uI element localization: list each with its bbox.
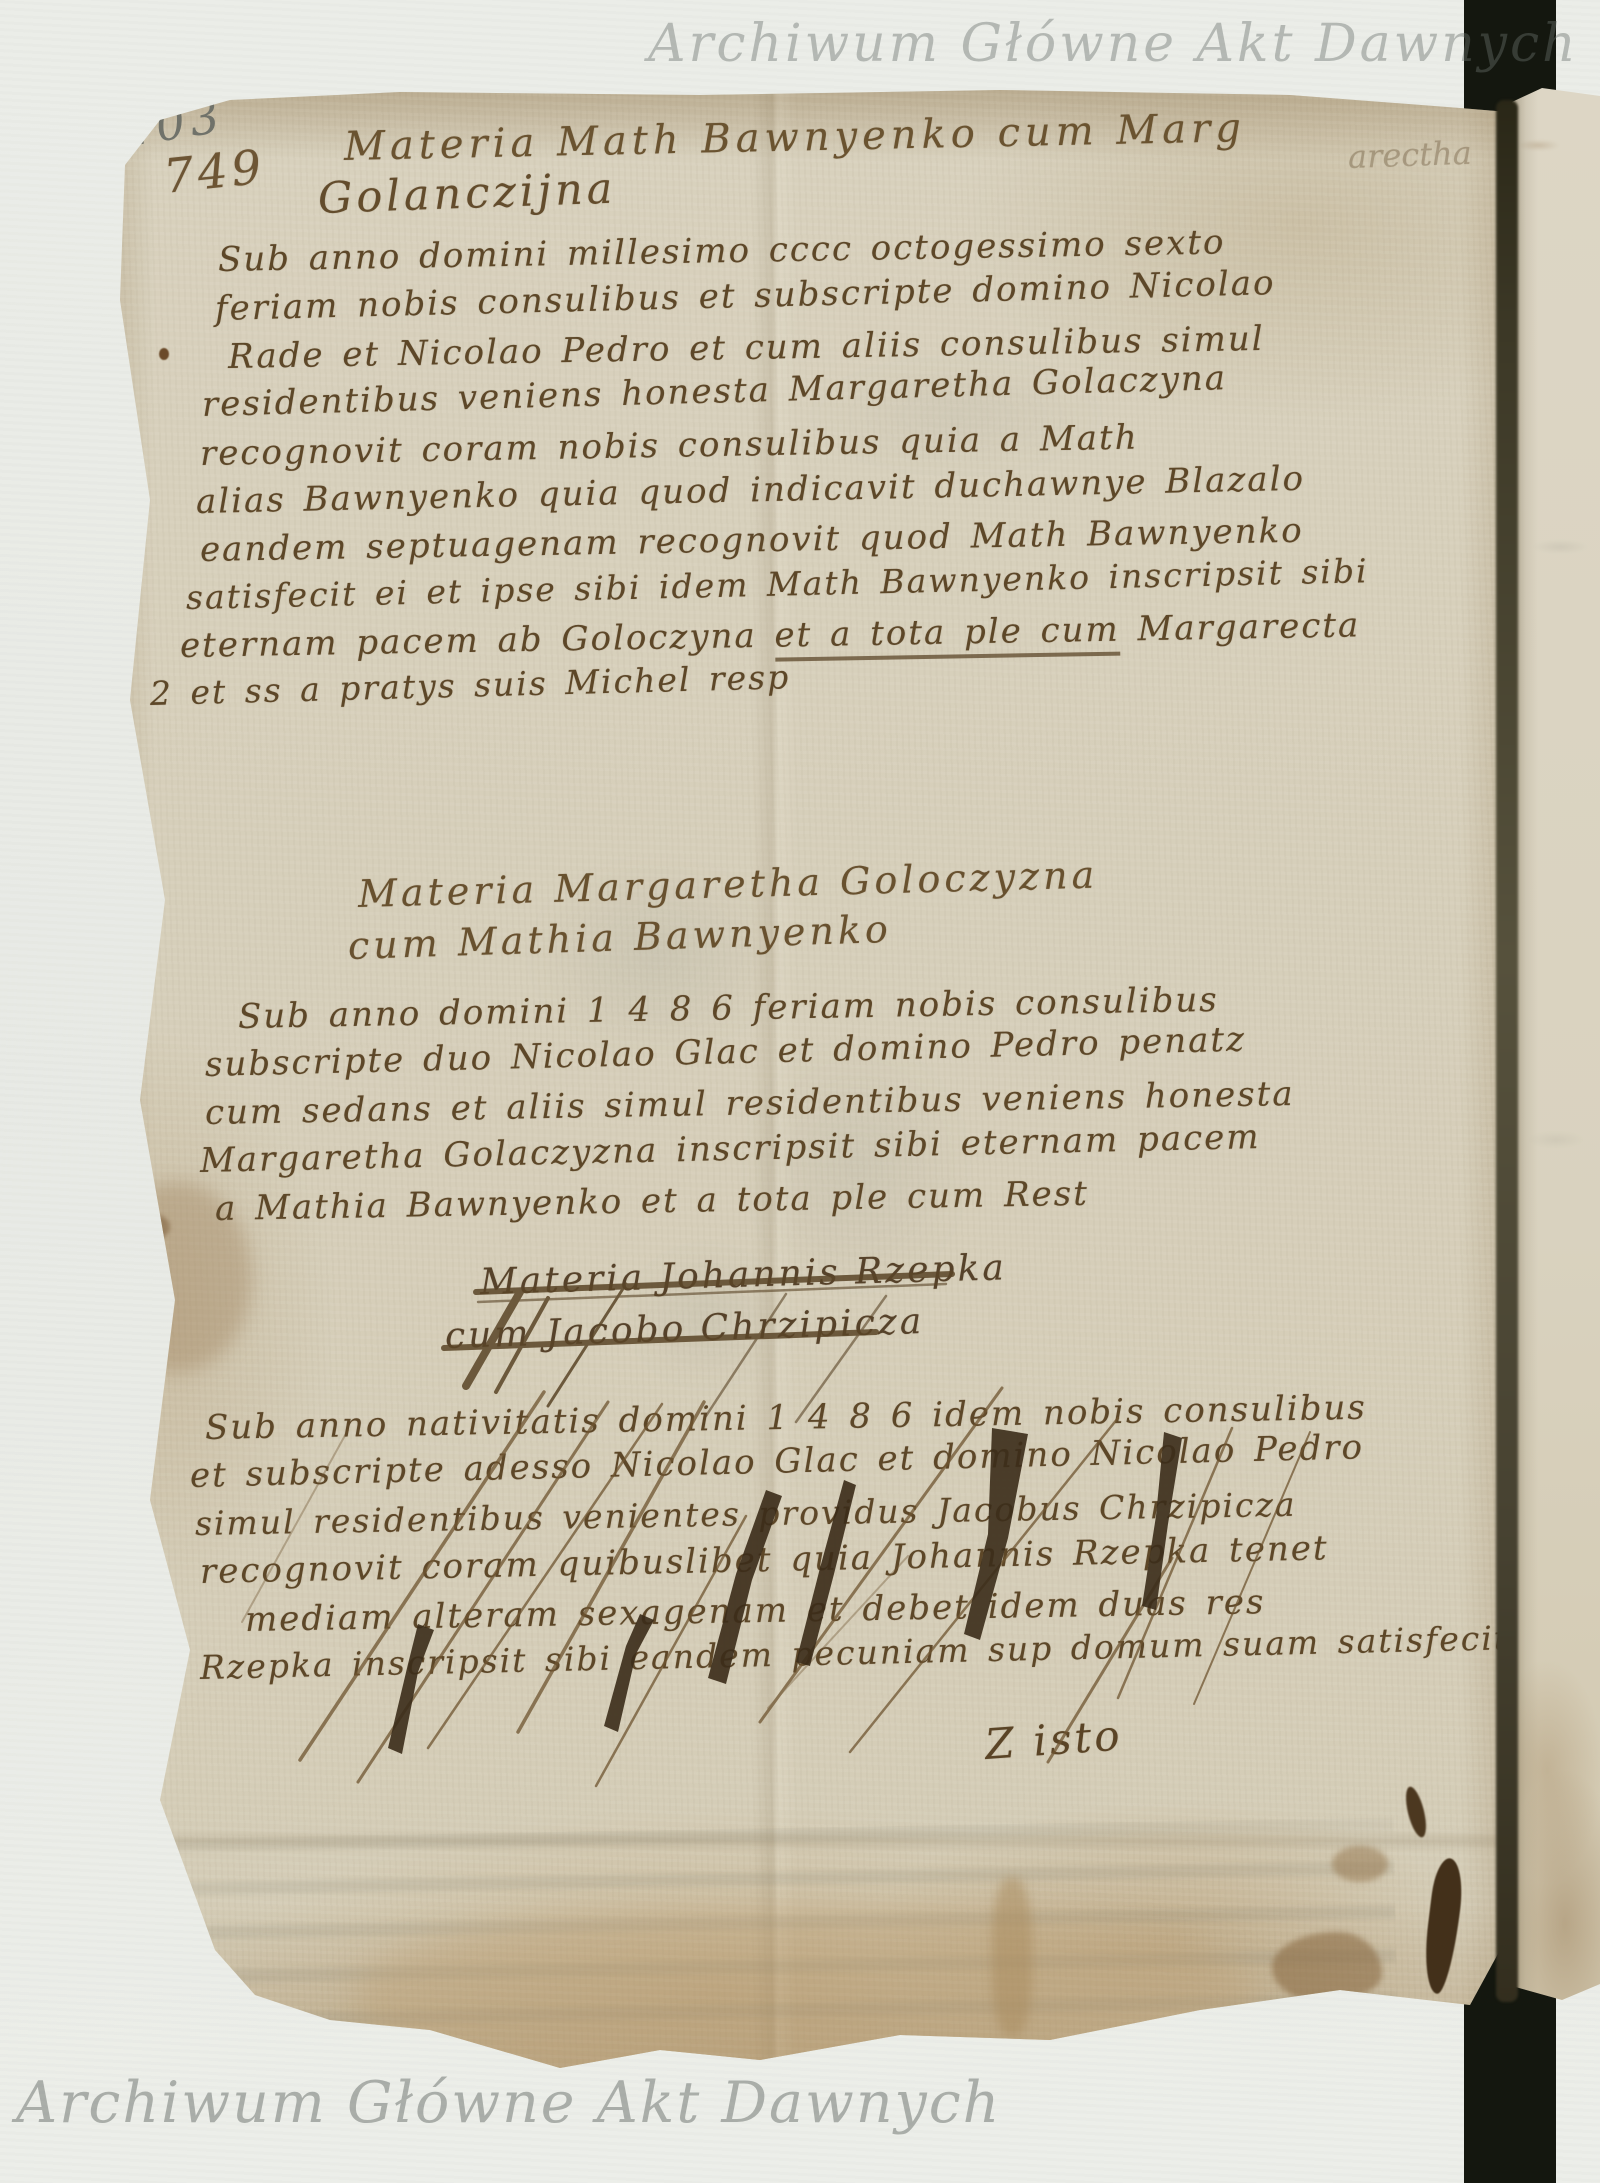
folio-number-ink: 749 xyxy=(161,140,268,205)
page-gutter-crease xyxy=(1496,100,1518,2002)
stain xyxy=(1272,1932,1382,2002)
archive-watermark-bottom: Archiwum Główne Akt Dawnych xyxy=(16,2070,1001,2136)
entry1-heading-faint-end: arectha xyxy=(1347,134,1472,176)
entry1-heading-line2: Golanczijna xyxy=(317,164,617,224)
text-segment: Margarecta xyxy=(1119,605,1360,649)
next-page-bleed-marks xyxy=(1512,88,1600,2000)
archive-watermark-top: Archiwum Główne Akt Dawnych xyxy=(648,14,1579,74)
stain xyxy=(992,1878,1032,2036)
manuscript-page: 103 749 Materia Math Bawnyenko cum Marg … xyxy=(96,86,1512,2074)
underlined-text-segment: et a tota ple cum xyxy=(774,610,1120,662)
stain xyxy=(1332,1846,1388,1882)
entry3-margin-note: Z isto xyxy=(983,1710,1124,1768)
manuscript-scan: 103 749 Materia Math Bawnyenko cum Marg … xyxy=(0,0,1600,2183)
next-page-edge xyxy=(1512,88,1600,2000)
ink-speck xyxy=(159,348,169,360)
